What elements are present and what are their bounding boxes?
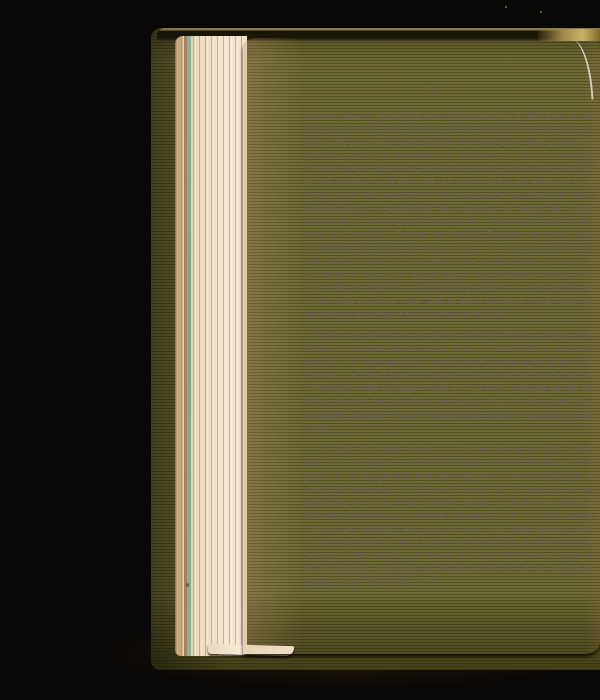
dust-speck: [505, 6, 507, 8]
paragraph: cases is that if the power is a power wh…: [304, 109, 595, 321]
dust-speck: [293, 589, 295, 591]
paragraph: In the case before us, the devise is to …: [304, 329, 595, 435]
ink-speck-plus: +: [341, 82, 348, 90]
book-page: 74 cases is that if the power is a power…: [243, 38, 600, 654]
page-text: cases is that if the power is a power wh…: [304, 109, 595, 589]
dust-speck: [186, 583, 189, 587]
fore-edge-green-line: [188, 36, 191, 656]
paragraph: The will, therefore, creates an interest…: [304, 443, 595, 589]
dust-speck: [272, 84, 274, 86]
page-fore-edges: [175, 36, 247, 656]
book-photograph: 74 cases is that if the power is a power…: [0, 0, 600, 700]
dust-speck: [540, 11, 542, 13]
fore-edge-groove: [184, 36, 187, 656]
gutter-shadow-line: [587, 48, 589, 639]
